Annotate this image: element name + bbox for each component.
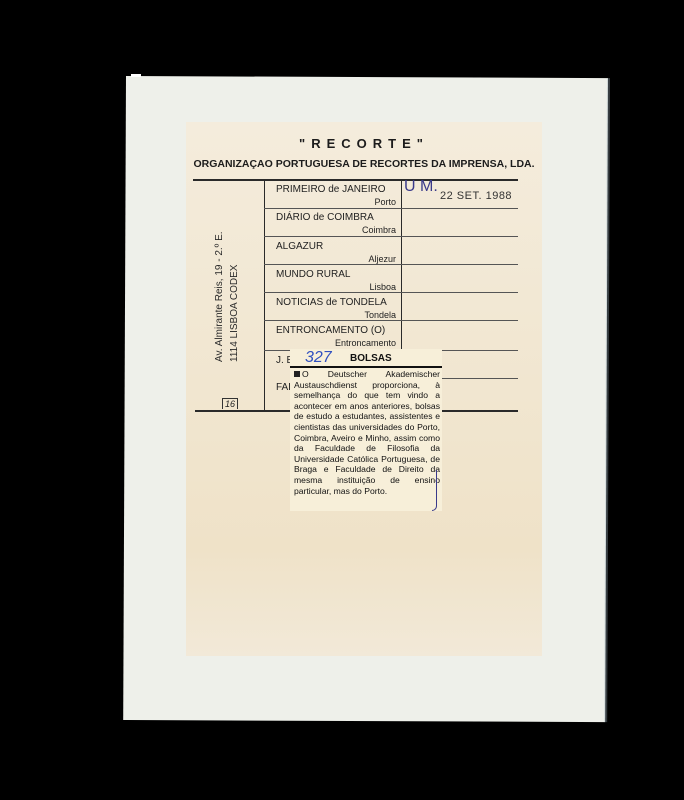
heading-rule	[290, 366, 442, 368]
publication-row: NOTICIAS de TONDELA Tondela	[268, 293, 398, 321]
form-subtitle: ORGANIZAÇAO PORTUGUESA DE RECORTES DA IM…	[186, 158, 542, 170]
clipping-text: O Deutscher Akademischer Austauschdienst…	[294, 369, 440, 496]
publication-city: Lisboa	[369, 282, 396, 292]
publication-city: Coimbra	[362, 225, 396, 235]
publication-city: Entroncamento	[335, 338, 396, 348]
handwritten-bracket	[432, 470, 437, 511]
form-title: "RECORTE"	[186, 136, 542, 151]
publication-name: ENTRONCAMENTO (O)	[276, 325, 385, 336]
corner-mark	[131, 74, 141, 77]
publication-row: DIÁRIO de COIMBRA Coimbra	[268, 208, 398, 236]
bullet-square-icon	[294, 371, 300, 377]
handwritten-initials: U M.	[404, 178, 438, 196]
publication-row: PRIMEIRO de JANEIRO Porto	[268, 180, 398, 208]
publication-name: ALGAZUR	[276, 241, 323, 252]
clipping-body: O Deutscher Akademischer Austauschdienst…	[294, 369, 440, 496]
publication-row: ENTRONCAMENTO (O) Entroncamento	[268, 321, 398, 349]
handwritten-number: 327	[305, 349, 332, 367]
publication-name: DIÁRIO de COIMBRA	[276, 212, 374, 223]
publication-name: PRIMEIRO de JANEIRO	[276, 184, 385, 195]
right-column-line	[401, 180, 402, 350]
address: Av. Almirante Reis, 19 - 2.º E. 1114 LIS…	[212, 231, 242, 362]
publication-row: MUNDO RURAL Lisboa	[268, 265, 398, 293]
date-stamp: 22 SET. 1988	[440, 190, 512, 202]
publication-city: Porto	[374, 197, 396, 207]
left-column-line	[264, 180, 265, 410]
form-number: 16	[222, 398, 238, 409]
newspaper-clipping: 327 BOLSAS O Deutscher Akademischer Aust…	[290, 349, 442, 511]
address-line-1: Av. Almirante Reis, 19 - 2.º E.	[212, 231, 227, 362]
address-line-2: 1114 LISBOA CODEX	[227, 231, 242, 362]
publication-city: Tondela	[364, 310, 396, 320]
publication-name: MUNDO RURAL	[276, 269, 350, 280]
publication-name: NOTICIAS de TONDELA	[276, 297, 387, 308]
sheet-edge	[604, 78, 610, 722]
publication-row: ALGAZUR Aljezur	[268, 237, 398, 265]
publication-city: Aljezur	[368, 254, 396, 264]
clipping-heading: BOLSAS	[350, 353, 392, 364]
